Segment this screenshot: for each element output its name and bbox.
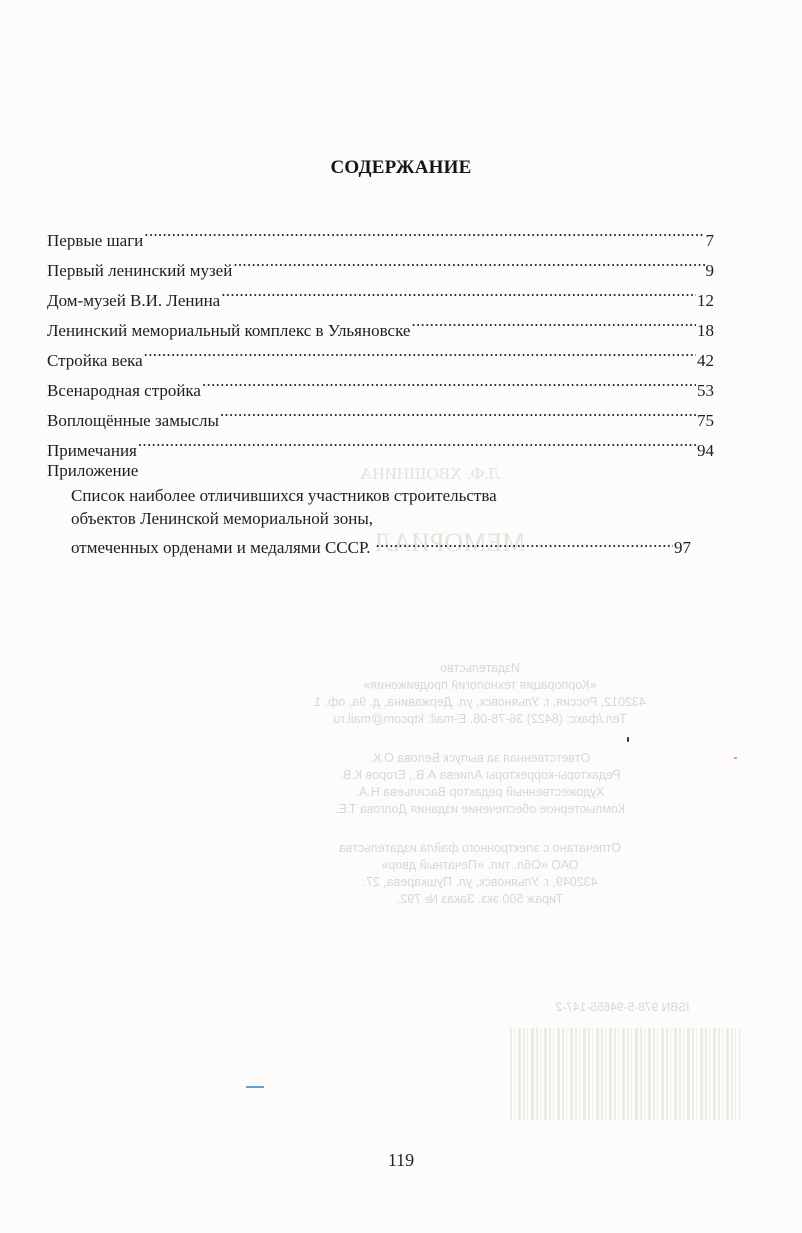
bleed-through-barcode xyxy=(510,1028,740,1120)
scan-speck xyxy=(627,737,629,742)
toc-entry-page: 53 xyxy=(697,376,714,406)
toc-entry[interactable]: Примечания94 xyxy=(47,426,714,456)
toc-entry[interactable]: Первые шаги7 xyxy=(47,216,714,246)
dot-leader xyxy=(233,246,704,276)
toc-entry-title: Первый ленинский музей xyxy=(47,256,232,286)
appendix-title: Приложение xyxy=(47,456,714,484)
toc-entry[interactable]: Первый ленинский музей9 xyxy=(47,246,714,276)
table-of-contents: Первые шаги7Первый ленинский музей9Дом-м… xyxy=(47,216,714,553)
toc-entry-page: 18 xyxy=(697,316,714,346)
imprint-line: ОАО «Обл. тип. «Печатный двор» xyxy=(210,857,750,874)
dot-leader xyxy=(376,530,673,553)
toc-entry-page: 12 xyxy=(697,286,714,316)
imprint-line: «Корпорация технологий продвижения» xyxy=(210,677,750,694)
toc-entry-page: 94 xyxy=(697,436,714,466)
appendix-line: объектов Ленинской мемориальной зоны, xyxy=(71,507,691,530)
toc-entry-title: Дом-музей В.И. Ленина xyxy=(47,286,220,316)
imprint-line: Редакторы-корректоры Алиева А.В., Егоров… xyxy=(210,767,750,784)
imprint-line: 432049, г. Ульяновск, ул. Пушкарева, 27. xyxy=(210,874,750,891)
dot-leader xyxy=(138,426,696,456)
dot-leader xyxy=(411,306,696,336)
bleed-through-isbn: ISBN 978-5-94655-147-2 xyxy=(505,1000,740,1014)
toc-entry-page: 75 xyxy=(697,406,714,436)
toc-entry-page: 42 xyxy=(697,346,714,376)
appendix-page: 97 xyxy=(674,536,691,559)
dot-leader xyxy=(144,216,704,246)
page-title: СОДЕРЖАНИЕ xyxy=(0,157,802,179)
dot-leader xyxy=(202,366,696,396)
imprint-line: Тираж 500 экз. Заказ № 792. xyxy=(210,891,750,908)
imprint-line: Тел./факс: (8422) 36-78-08. E-mail: ktpc… xyxy=(210,711,750,728)
imprint-line: Компьютерное обеспечение издания Долгова… xyxy=(210,801,750,818)
dot-leader xyxy=(221,276,696,306)
toc-appendix[interactable]: Приложение Список наиболее отличившихся … xyxy=(47,456,714,553)
dot-leader xyxy=(144,336,696,366)
imprint-line: Художественный редактор Васильева Н.А. xyxy=(210,784,750,801)
dot-leader xyxy=(220,396,696,426)
toc-entry-page: 9 xyxy=(706,256,715,286)
bleed-through-imprint: Издательство«Корпорация технологий продв… xyxy=(210,660,750,908)
toc-entry-title: Всенародная стройка xyxy=(47,376,201,406)
appendix-line: отмеченных орденами и медалями СССР. xyxy=(71,536,371,559)
toc-entry-title: Стройка века xyxy=(47,346,143,376)
scan-speck xyxy=(734,757,737,759)
imprint-line: Ответственная за выпуск Белова О.К. xyxy=(210,750,750,767)
imprint-line xyxy=(210,728,750,750)
imprint-line: Отпечатано с электронного файла издатель… xyxy=(210,840,750,857)
toc-entry-page: 7 xyxy=(706,226,715,256)
page-number: 119 xyxy=(0,1150,802,1171)
toc-entry[interactable]: Стройка века42 xyxy=(47,336,714,366)
toc-entry-title: Первые шаги xyxy=(47,226,143,256)
scan-mark xyxy=(246,1086,264,1088)
appendix-subtitle: Список наиболее отличившихся участников … xyxy=(47,484,691,553)
imprint-line: 432012, Россия, г. Ульяновск, ул. Держав… xyxy=(210,694,750,711)
appendix-line: Список наиболее отличившихся участников … xyxy=(71,484,691,507)
imprint-line xyxy=(210,818,750,840)
imprint-line: Издательство xyxy=(210,660,750,677)
toc-entry[interactable]: Всенародная стройка53 xyxy=(47,366,714,396)
